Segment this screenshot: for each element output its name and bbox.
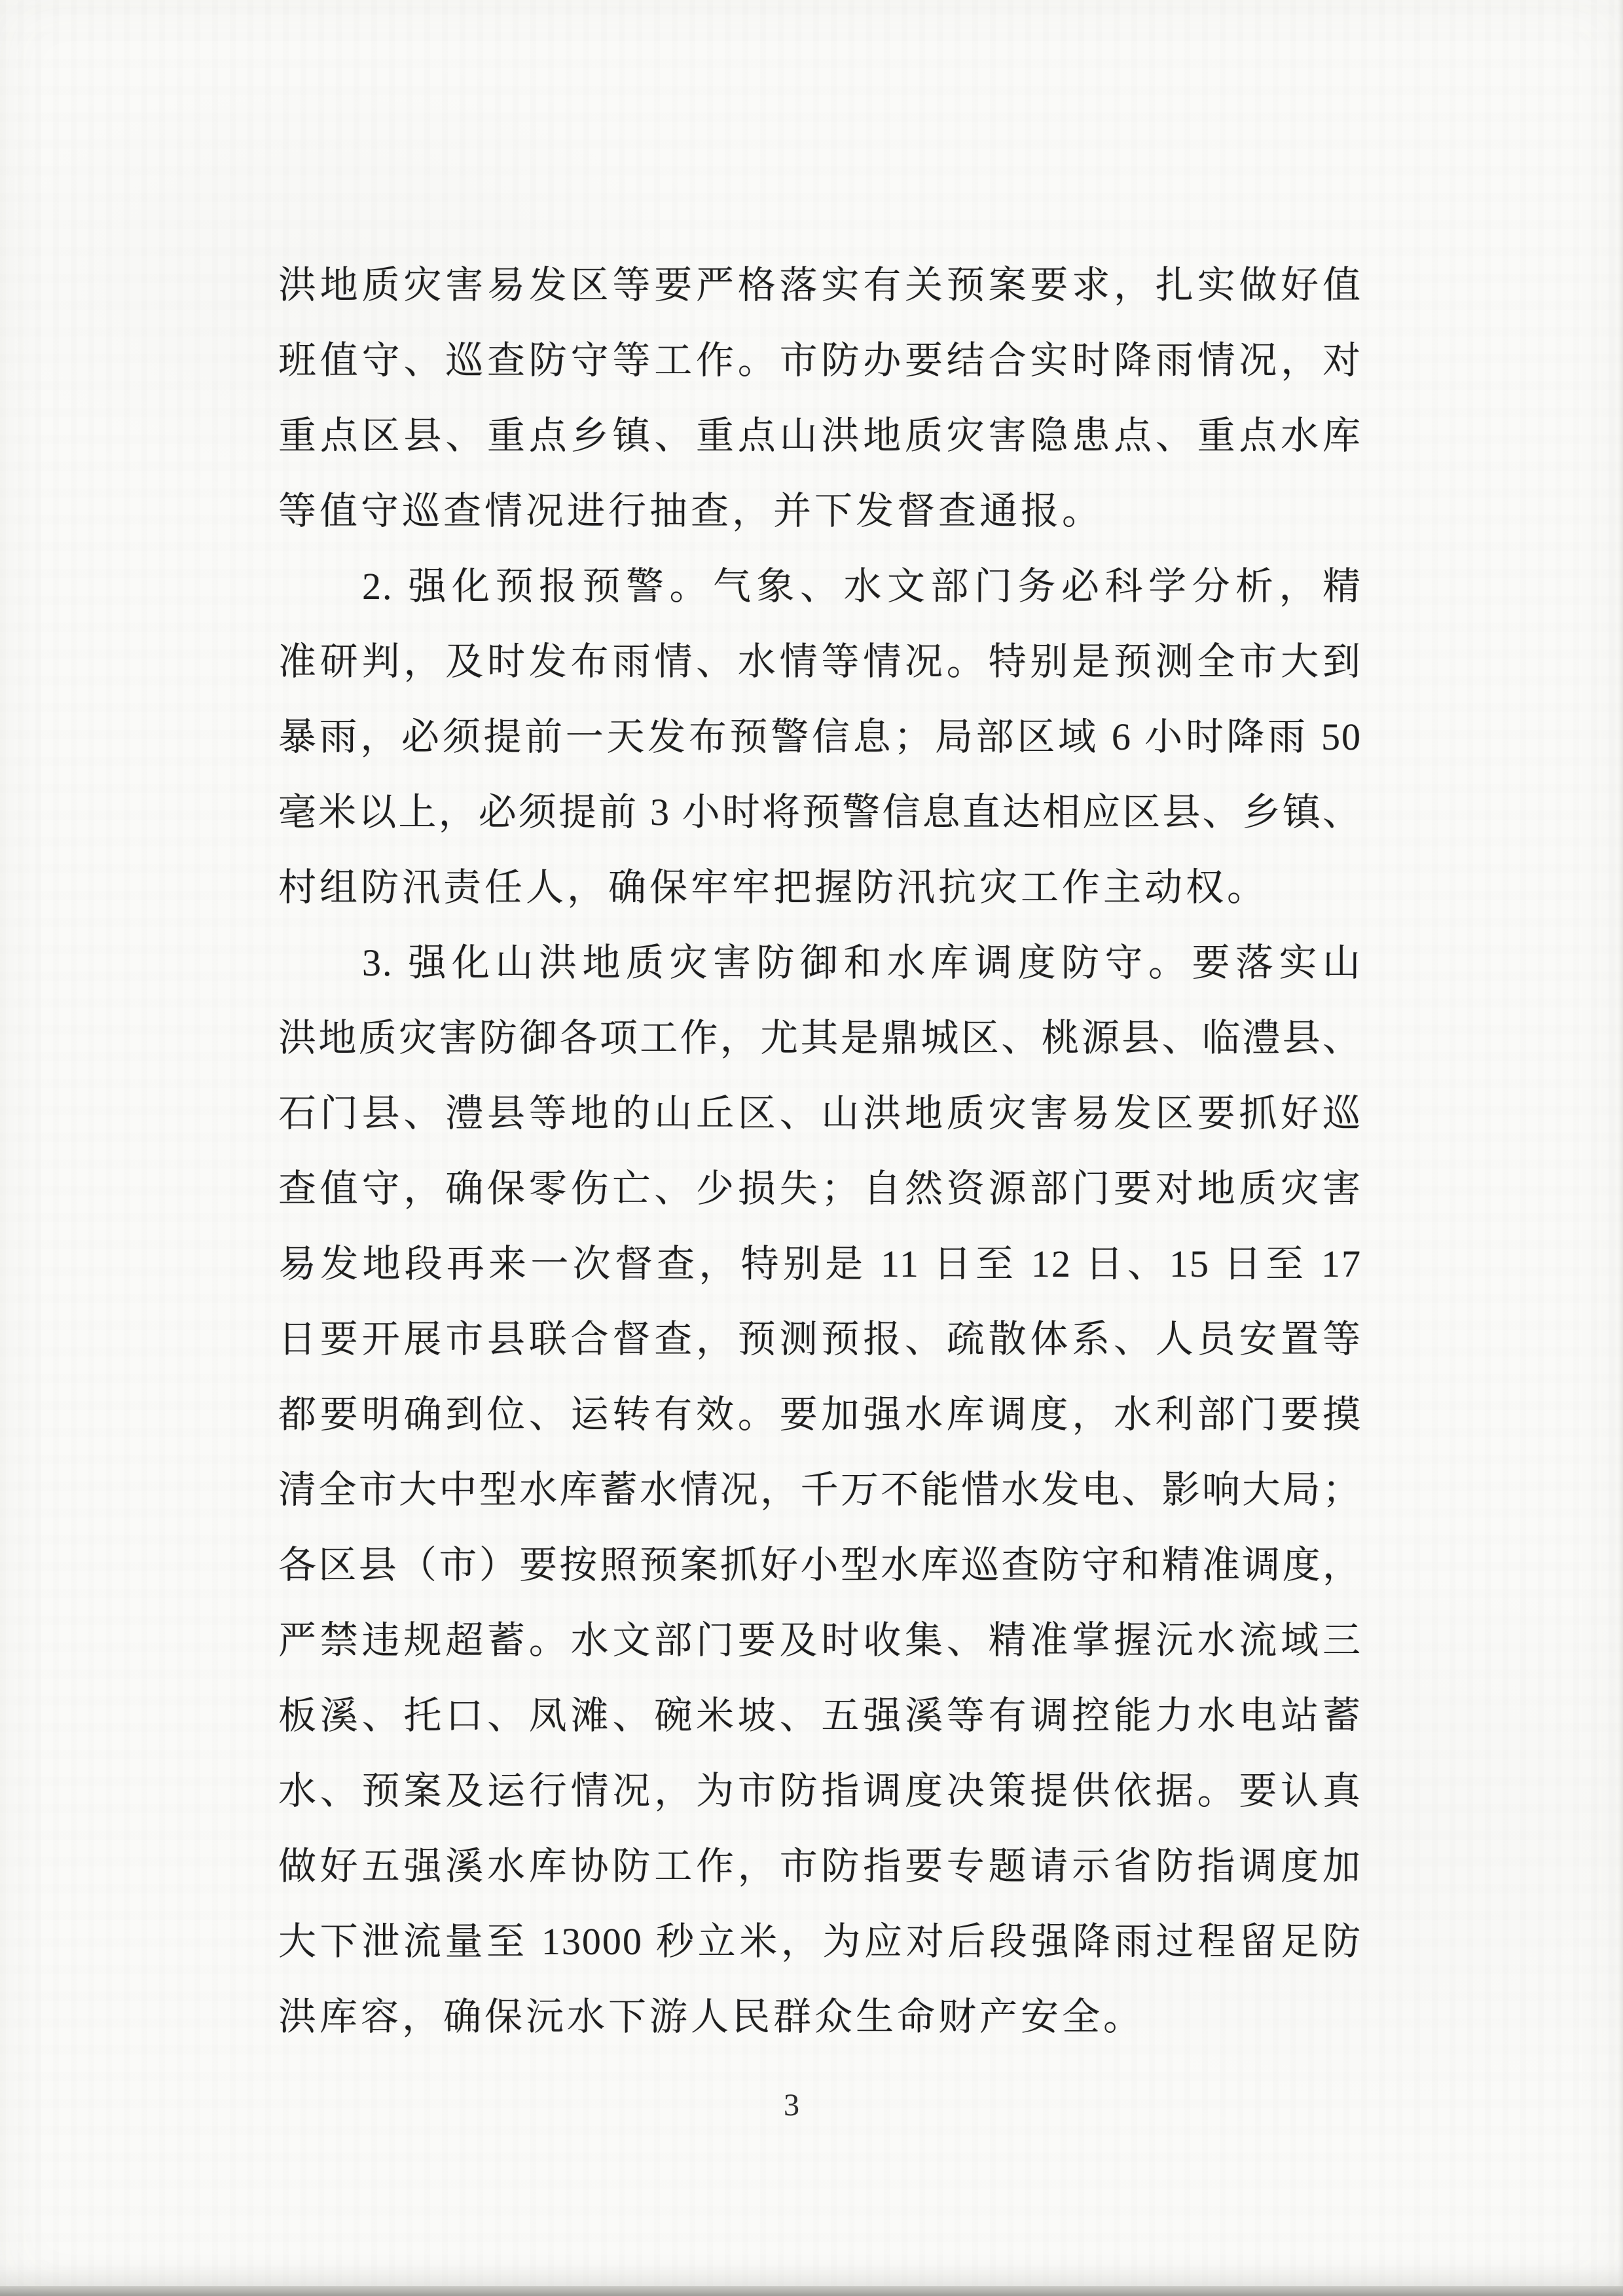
text-line: 做好五强溪水库协防工作，市防指要专题请示省防指调度加	[278, 1829, 1362, 1904]
text-line: 暴雨，必须提前一天发布预警信息；局部区域 6 小时降雨 50	[278, 699, 1362, 774]
text-line: 重点区县、重点乡镇、重点山洪地质灾害隐患点、重点水库	[278, 398, 1362, 473]
document-body-text: 洪地质灾害易发区等要严格落实有关预案要求，扎实做好值 班值守、巡查防守等工作。市…	[278, 247, 1362, 2054]
text-line: 洪地质灾害防御各项工作，尤其是鼎城区、桃源县、临澧县、	[278, 1000, 1362, 1076]
text-line: 水、预案及运行情况，为市防指调度决策提供依据。要认真	[278, 1753, 1362, 1829]
text-line: 洪地质灾害易发区等要严格落实有关预案要求，扎实做好值	[278, 247, 1362, 323]
page-number: 3	[771, 2086, 812, 2125]
text-line: 班值守、巡查防守等工作。市防办要结合实时降雨情况，对	[278, 323, 1362, 398]
text-line: 查值守，确保零伤亡、少损失；自然资源部门要对地质灾害	[278, 1151, 1362, 1226]
text-line: 石门县、澧县等地的山丘区、山洪地质灾害易发区要抓好巡	[278, 1076, 1362, 1151]
text-line: 易发地段再来一次督查，特别是 11 日至 12 日、15 日至 17	[278, 1226, 1362, 1302]
text-line: 各区县（市）要按照预案抓好小型水库巡查防守和精准调度，	[278, 1527, 1362, 1603]
text-line: 毫米以上，必须提前 3 小时将预警信息直达相应区县、乡镇、	[278, 774, 1362, 850]
scanner-shadow-soft	[0, 2265, 1623, 2287]
text-line: 村组防汛责任人，确保牢牢把握防汛抗灾工作主动权。	[278, 850, 1362, 925]
text-line-paragraph-2-start: 2. 强化预报预警。气象、水文部门务必科学分析，精	[278, 549, 1362, 624]
text-line: 清全市大中型水库蓄水情况，千万不能惜水发电、影响大局；	[278, 1452, 1362, 1527]
text-line: 等值守巡查情况进行抽查，并下发督查通报。	[278, 473, 1362, 549]
text-line: 严禁违规超蓄。水文部门要及时收集、精准掌握沅水流域三	[278, 1603, 1362, 1678]
text-line: 板溪、托口、凤滩、碗米坡、五强溪等有调控能力水电站蓄	[278, 1678, 1362, 1753]
text-line: 都要明确到位、运转有效。要加强水库调度，水利部门要摸	[278, 1377, 1362, 1452]
text-line-paragraph-3-start: 3. 强化山洪地质灾害防御和水库调度防守。要落实山	[278, 925, 1362, 1000]
text-line: 准研判，及时发布雨情、水情等情况。特别是预测全市大到	[278, 624, 1362, 699]
text-line: 洪库容，确保沅水下游人民群众生命财产安全。	[278, 1979, 1362, 2054]
text-line: 日要开展市县联合督查，预测预报、疏散体系、人员安置等	[278, 1302, 1362, 1377]
scanner-edge-right	[1618, 0, 1623, 2296]
text-line: 大下泄流量至 13000 秒立米，为应对后段强降雨过程留足防	[278, 1904, 1362, 1979]
scanner-edge-band	[0, 2286, 1623, 2296]
scanned-document-page: 洪地质灾害易发区等要严格落实有关预案要求，扎实做好值 班值守、巡查防守等工作。市…	[0, 0, 1623, 2296]
